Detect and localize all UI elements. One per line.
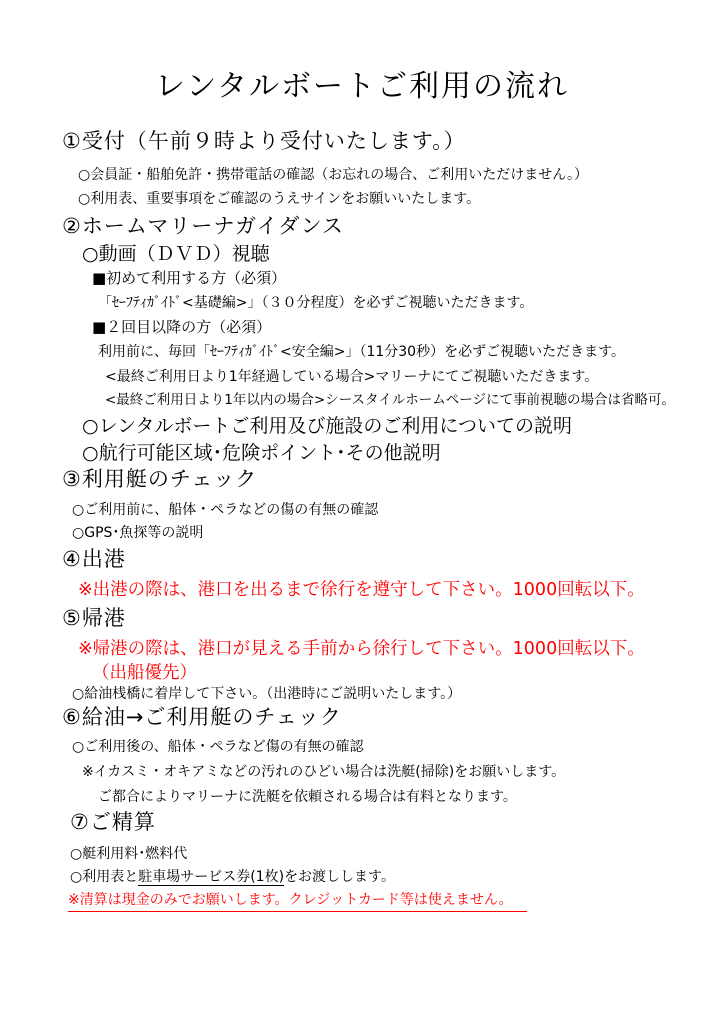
guidance-video-heading: ○動画（ＤＶＤ）視聴 [82,242,724,266]
guidance-first-time-note: 「ｾｰﾌﾃｨｶﾞｲﾄﾞ<基礎編>」（３０分程度）を必ずご視聴いただきます。 [98,293,724,313]
return-berthing-note: ○給油桟橋に着岸して下さい。（出港時にご説明いたします。） [72,684,724,704]
section-refuel-heading: ⑥給油→ご利用艇のチェック [62,704,724,731]
section-payment-heading: ⑦ご精算 [70,809,724,836]
reception-sign-note: ○利用表、重要事項をご確認のうえサインをお願いいたします。 [78,189,724,209]
payment-parking-ticket-underlined: 駐車場サービス券(1枚) [138,869,284,886]
guidance-repeat-note: 利用前に、毎回「ｾｰﾌﾃｨｶﾞｲﾄﾞ<安全編>」（11分30秒）を必ずご視聴いた… [98,342,724,362]
return-speed-warning: ※帰港の際は、港口が見える手前から徐行して下さい。1000回転以下。 [78,638,724,660]
refuel-cleaning-note: ※イカスミ・オキアミなどの汚れのひどい場合は洗艇(掃除)をお願いします。 [82,762,724,782]
boat-check-damage-note: ○ご利用前に、船体・ペラなどの傷の有無の確認 [72,500,724,520]
rental-boat-flow-document: レンタルボートご利用の流れ ①受付（午前９時より受付いたします。） ○会員証・船… [0,0,724,1023]
payment-cash-warning: ※清算は現金のみでお願いします。クレジットカード等は使えません。 [68,890,724,912]
payment-handout-suffix: をお渡しします。 [284,869,395,885]
section-return-heading: ⑤帰港 [62,605,724,632]
page-title: レンタルボートご利用の流れ [0,0,724,106]
refuel-cleaning-fee-note: ご都合によりマリーナに洗艇を依頼される場合は有料となります。 [98,787,724,807]
section-boat-check-heading: ③利用艇のチェック [62,466,724,493]
payment-handout-note: ○利用表と駐車場サービス券(1枚)をお渡しします。 [70,867,724,887]
section-reception-heading: ①受付（午前９時より受付いたします。） [62,128,724,155]
payment-fees-note: ○艇利用料･燃料代 [70,844,724,864]
guidance-within-one-year-note: <最終ご利用日より1年以内の場合>シースタイルホームページにて事前視聴の場合は省… [105,391,724,410]
guidance-repeat-heading: ■２回目以降の方（必須） [92,317,724,337]
return-priority-warning: （出船優先） [92,662,724,684]
guidance-area-explanation: ○航行可能区域･危険ポイント･その他説明 [82,441,724,465]
refuel-check-note: ○ご利用後の、船体・ペラなど傷の有無の確認 [72,737,724,757]
guidance-first-time-heading: ■初めて利用する方（必須） [92,268,724,288]
payment-handout-prefix: ○利用表と [70,869,138,885]
boat-check-gps-note: ○GPS･魚探等の説明 [72,523,724,543]
section-departure-heading: ④出港 [62,546,724,573]
section-guidance-heading: ②ホームマリーナガイダンス [62,213,724,240]
guidance-over-one-year-note: <最終ご利用日より1年経過している場合>マリーナにてご視聴いただきます。 [105,367,724,387]
reception-confirmation-note: ○会員証・船舶免許・携帯電話の確認（お忘れの場合、ご利用いただけません。） [78,165,724,185]
payment-cash-warning-text: ※清算は現金のみでお願いします。クレジットカード等は使えません。 [68,890,527,912]
departure-speed-warning: ※出港の際は、港口を出るまで徐行を遵守して下さい。1000回転以下。 [78,579,724,601]
guidance-rental-explanation: ○レンタルボートご利用及び施設のご利用についての説明 [82,414,724,438]
